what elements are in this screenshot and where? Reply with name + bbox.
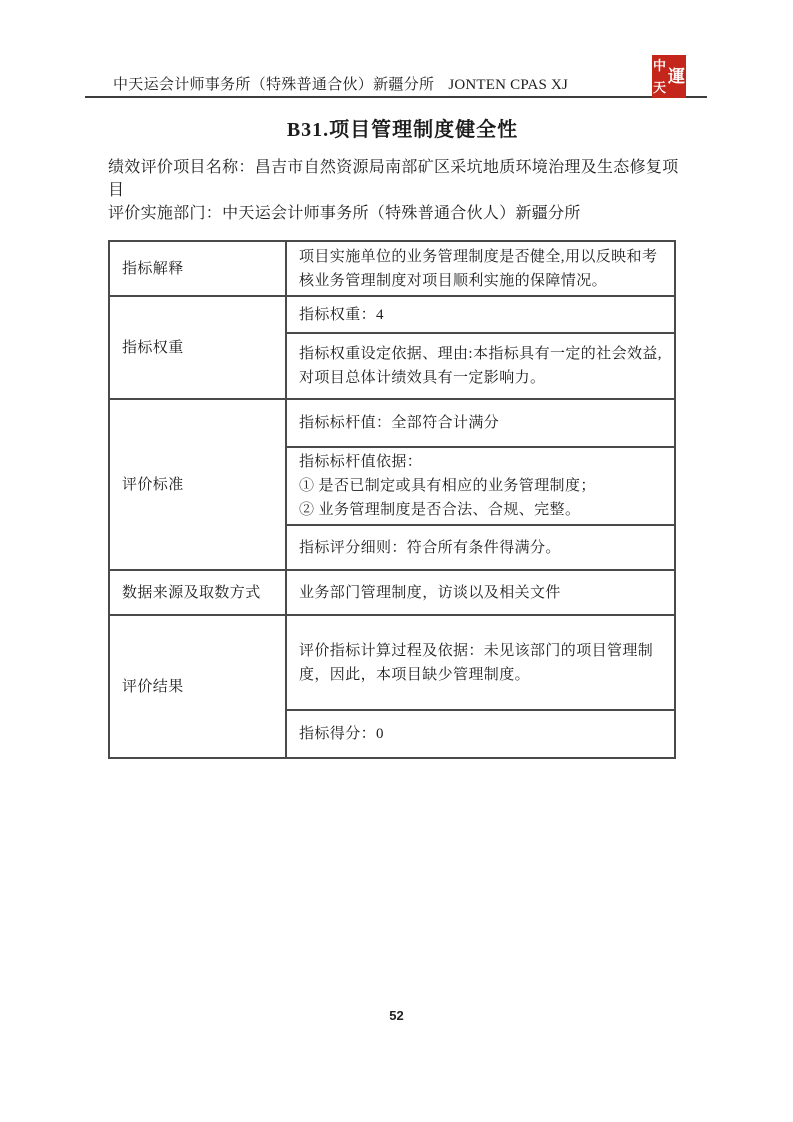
cell-indicator-weight: 指标权重：4 [286, 296, 675, 333]
seal-char: 運 [667, 55, 686, 98]
intro-block: 绩效评价项目名称：昌吉市自然资源局南部矿区采坑地质环境治理及生态修复项目 评价实… [108, 156, 697, 225]
cell-benchmark-value: 指标标杆值：全部符合计满分 [286, 399, 675, 447]
page-content: B31.项目管理制度健全性 绩效评价项目名称：昌吉市自然资源局南部矿区采坑地质环… [108, 113, 697, 759]
table-row: 指标解释 项目实施单位的业务管理制度是否健全,用以反映和考核业务管理制度对项目顺… [109, 241, 675, 296]
table-row: 数据来源及取数方式 业务部门管理制度，访谈以及相关文件 [109, 570, 675, 615]
table-row: 指标权重 指标权重：4 [109, 296, 675, 333]
firm-name-en: JONTEN CPAS XJ [448, 77, 568, 93]
page-header: 中天运会计师事务所（特殊普通合伙）新疆分所JONTEN CPAS XJ [113, 73, 568, 94]
row-label-evaluation-result: 评价结果 [109, 615, 286, 758]
page-number: 52 [0, 1008, 793, 1023]
header-divider [85, 96, 707, 98]
row-label-evaluation-criteria: 评价标准 [109, 399, 286, 570]
firm-name-cn: 中天运会计师事务所（特殊普通合伙）新疆分所 [113, 77, 434, 93]
cell-calculation-basis: 评价指标计算过程及依据：未见该部门的项目管理制度，因此，本项目缺少管理制度。 [286, 615, 675, 710]
table-row: 评价结果 评价指标计算过程及依据：未见该部门的项目管理制度，因此，本项目缺少管理… [109, 615, 675, 710]
seal-char: 天 [652, 76, 667, 98]
row-label-indicator-explanation: 指标解释 [109, 241, 286, 296]
cell-scoring-rules: 指标评分细则：符合所有条件得满分。 [286, 525, 675, 570]
cell-benchmark-basis: 指标标杆值依据： ① 是否已制定或具有相应的业务管理制度； ② 业务管理制度是否… [286, 447, 675, 525]
indicator-table: 指标解释 项目实施单位的业务管理制度是否健全,用以反映和考核业务管理制度对项目顺… [108, 240, 676, 759]
cell-weight-rationale: 指标权重设定依据、理由:本指标具有一定的社会效益,对项目总体计绩效具有一定影响力… [286, 333, 675, 399]
seal-char: 中 [652, 55, 667, 76]
cell-data-source: 业务部门管理制度，访谈以及相关文件 [286, 570, 675, 615]
company-seal-stamp: 中 天 運 [652, 55, 686, 98]
project-name-line: 绩效评价项目名称：昌吉市自然资源局南部矿区采坑地质环境治理及生态修复项目 [108, 156, 690, 202]
cell-indicator-score: 指标得分：0 [286, 710, 675, 758]
table-row: 评价标准 指标标杆值：全部符合计满分 [109, 399, 675, 447]
section-title: B31.项目管理制度健全性 [108, 113, 697, 142]
cell-indicator-explanation: 项目实施单位的业务管理制度是否健全,用以反映和考核业务管理制度对项目顺利实施的保… [286, 241, 675, 296]
row-label-indicator-weight: 指标权重 [109, 296, 286, 399]
row-label-data-source: 数据来源及取数方式 [109, 570, 286, 615]
department-line: 评价实施部门：中天运会计师事务所（特殊普通合伙人）新疆分所 [108, 202, 690, 225]
